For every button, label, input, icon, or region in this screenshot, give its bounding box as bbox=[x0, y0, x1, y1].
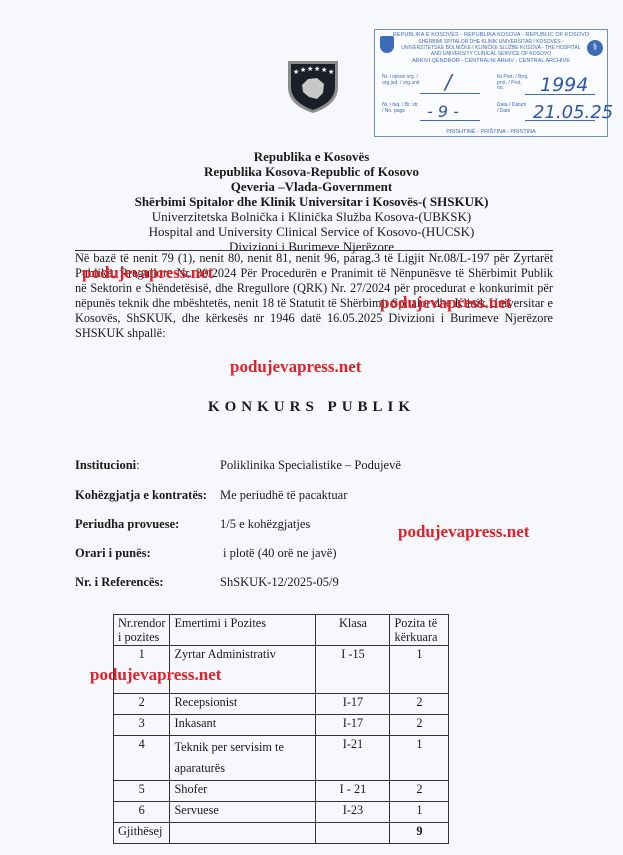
stamp-unit-label: Nr. i njësis org. / org.jed. / org.unit bbox=[382, 75, 420, 86]
stamp-date-value: 21.05.25 bbox=[533, 102, 613, 123]
field-probation: Periudha provuese: 1/5 e kohëzgjatjes bbox=[75, 517, 179, 532]
kosovo-coat-of-arms-icon: ★★★ ★★★ bbox=[284, 57, 342, 115]
stamp-header: REPUBLIKA E KOSOVËS - REPUBLIKA KOSOVA -… bbox=[375, 32, 607, 38]
field-label: Institucioni bbox=[75, 458, 136, 473]
field-label: Kohëzgjatja e kontratës: bbox=[75, 488, 207, 503]
field-label: Periudha provuese: bbox=[75, 517, 179, 532]
field-value: i plotë (40 orë ne javë) bbox=[223, 546, 337, 561]
watermark: podujevapress.net bbox=[230, 357, 361, 377]
positions-table: Nr.rendor i pozites Emertimi i Pozites K… bbox=[113, 614, 449, 844]
header-line: Qeveria –Vlada-Government bbox=[0, 179, 623, 194]
stamp-institution: SHËRBIMI SPITALOR DHE KLINIK UNIVERSITAR… bbox=[397, 39, 585, 57]
table-row: 6 Servuese I-23 1 bbox=[114, 802, 449, 823]
column-header: Klasa bbox=[316, 615, 390, 646]
table-row: 5 Shofer I - 21 2 bbox=[114, 781, 449, 802]
header-line: Republika e Kosovës bbox=[0, 149, 623, 164]
field-label: Nr. i Referencës: bbox=[75, 575, 164, 590]
watermark: podujevapress.net bbox=[90, 665, 221, 685]
table-header-row: Nr.rendor i pozites Emertimi i Pozites K… bbox=[114, 615, 449, 646]
field-value: 1/5 e kohëzgjatjes bbox=[220, 517, 310, 532]
header-line: Republika Kosova-Republic of Kosovo bbox=[0, 164, 623, 179]
page-title: KONKURS PUBLIK bbox=[0, 399, 623, 416]
stamp-date-label: Data / Datum / Date bbox=[497, 103, 529, 114]
column-header: Emertimi i Pozites bbox=[170, 615, 316, 646]
field-reference: Nr. i Referencës: ShSKUK-12/2025-05/9 bbox=[75, 575, 164, 590]
column-header: Nr.rendor i pozites bbox=[114, 615, 170, 646]
field-label: Orari i punës: bbox=[75, 546, 151, 561]
svg-text:★: ★ bbox=[328, 68, 334, 76]
field-value: Poliklinika Specialistike – Podujevë bbox=[220, 458, 401, 473]
table-total-row: Gjithësej 9 bbox=[114, 823, 449, 844]
header-line: Univerzitetska Bolnička i Klinička Služb… bbox=[0, 209, 623, 224]
header-line: Shërbimi Spitalor dhe Klinik Universitar… bbox=[0, 194, 623, 209]
watermark: podujevapress.net bbox=[82, 263, 213, 283]
svg-text:★: ★ bbox=[314, 65, 320, 73]
medical-caduceus-icon: ⚕ bbox=[587, 40, 603, 56]
stamp-page-value: - 9 - bbox=[427, 102, 459, 121]
stamp-page-label: Nr. i faq. / Br. str. / No. page bbox=[382, 103, 420, 114]
stamp-prot-value: 1994 bbox=[540, 74, 588, 96]
column-header: Pozita të kërkuara bbox=[390, 615, 449, 646]
stamp-unit-value: / bbox=[445, 70, 452, 94]
header-line: Hospital and University Clinical Service… bbox=[0, 224, 623, 239]
archive-stamp: REPUBLIKA E KOSOVËS - REPUBLIKA KOSOVA -… bbox=[374, 29, 608, 137]
watermark: podujevapress.net bbox=[380, 293, 511, 313]
table-row: 2 Recepsionist I-17 2 bbox=[114, 694, 449, 715]
stamp-footer: PRISHTINË - PRIŠTINA - PRISTINA bbox=[375, 129, 607, 135]
field-value: Me periudhë të pacaktuar bbox=[220, 488, 347, 503]
watermark: podujevapress.net bbox=[398, 522, 529, 542]
svg-text:★: ★ bbox=[321, 66, 327, 74]
field-schedule: Orari i punës: i plotë (40 orë ne javë) bbox=[75, 546, 151, 561]
svg-text:★: ★ bbox=[293, 68, 299, 76]
table-row: 3 Inkasant I-17 2 bbox=[114, 715, 449, 736]
table-row: 4 Teknik per servisim te aparaturës I-21… bbox=[114, 736, 449, 781]
field-contract-duration: Kohëzgjatja e kontratës: Me periudhë të … bbox=[75, 488, 207, 503]
document-header: Republika e Kosovës Republika Kosova-Rep… bbox=[0, 149, 623, 254]
svg-text:★: ★ bbox=[307, 65, 313, 73]
kosovo-emblem-icon bbox=[380, 36, 394, 53]
stamp-prot-label: Nr.Prot. / Broj. prot. / Prot. no. bbox=[497, 75, 529, 92]
svg-text:★: ★ bbox=[300, 66, 306, 74]
field-value: ShSKUK-12/2025-05/9 bbox=[220, 575, 339, 590]
field-institution: Institucioni: Poliklinika Specialistike … bbox=[75, 458, 140, 473]
stamp-archive: ARKIVI QENDROR - CENTRALNI ARHIV - CENTR… bbox=[375, 58, 607, 64]
